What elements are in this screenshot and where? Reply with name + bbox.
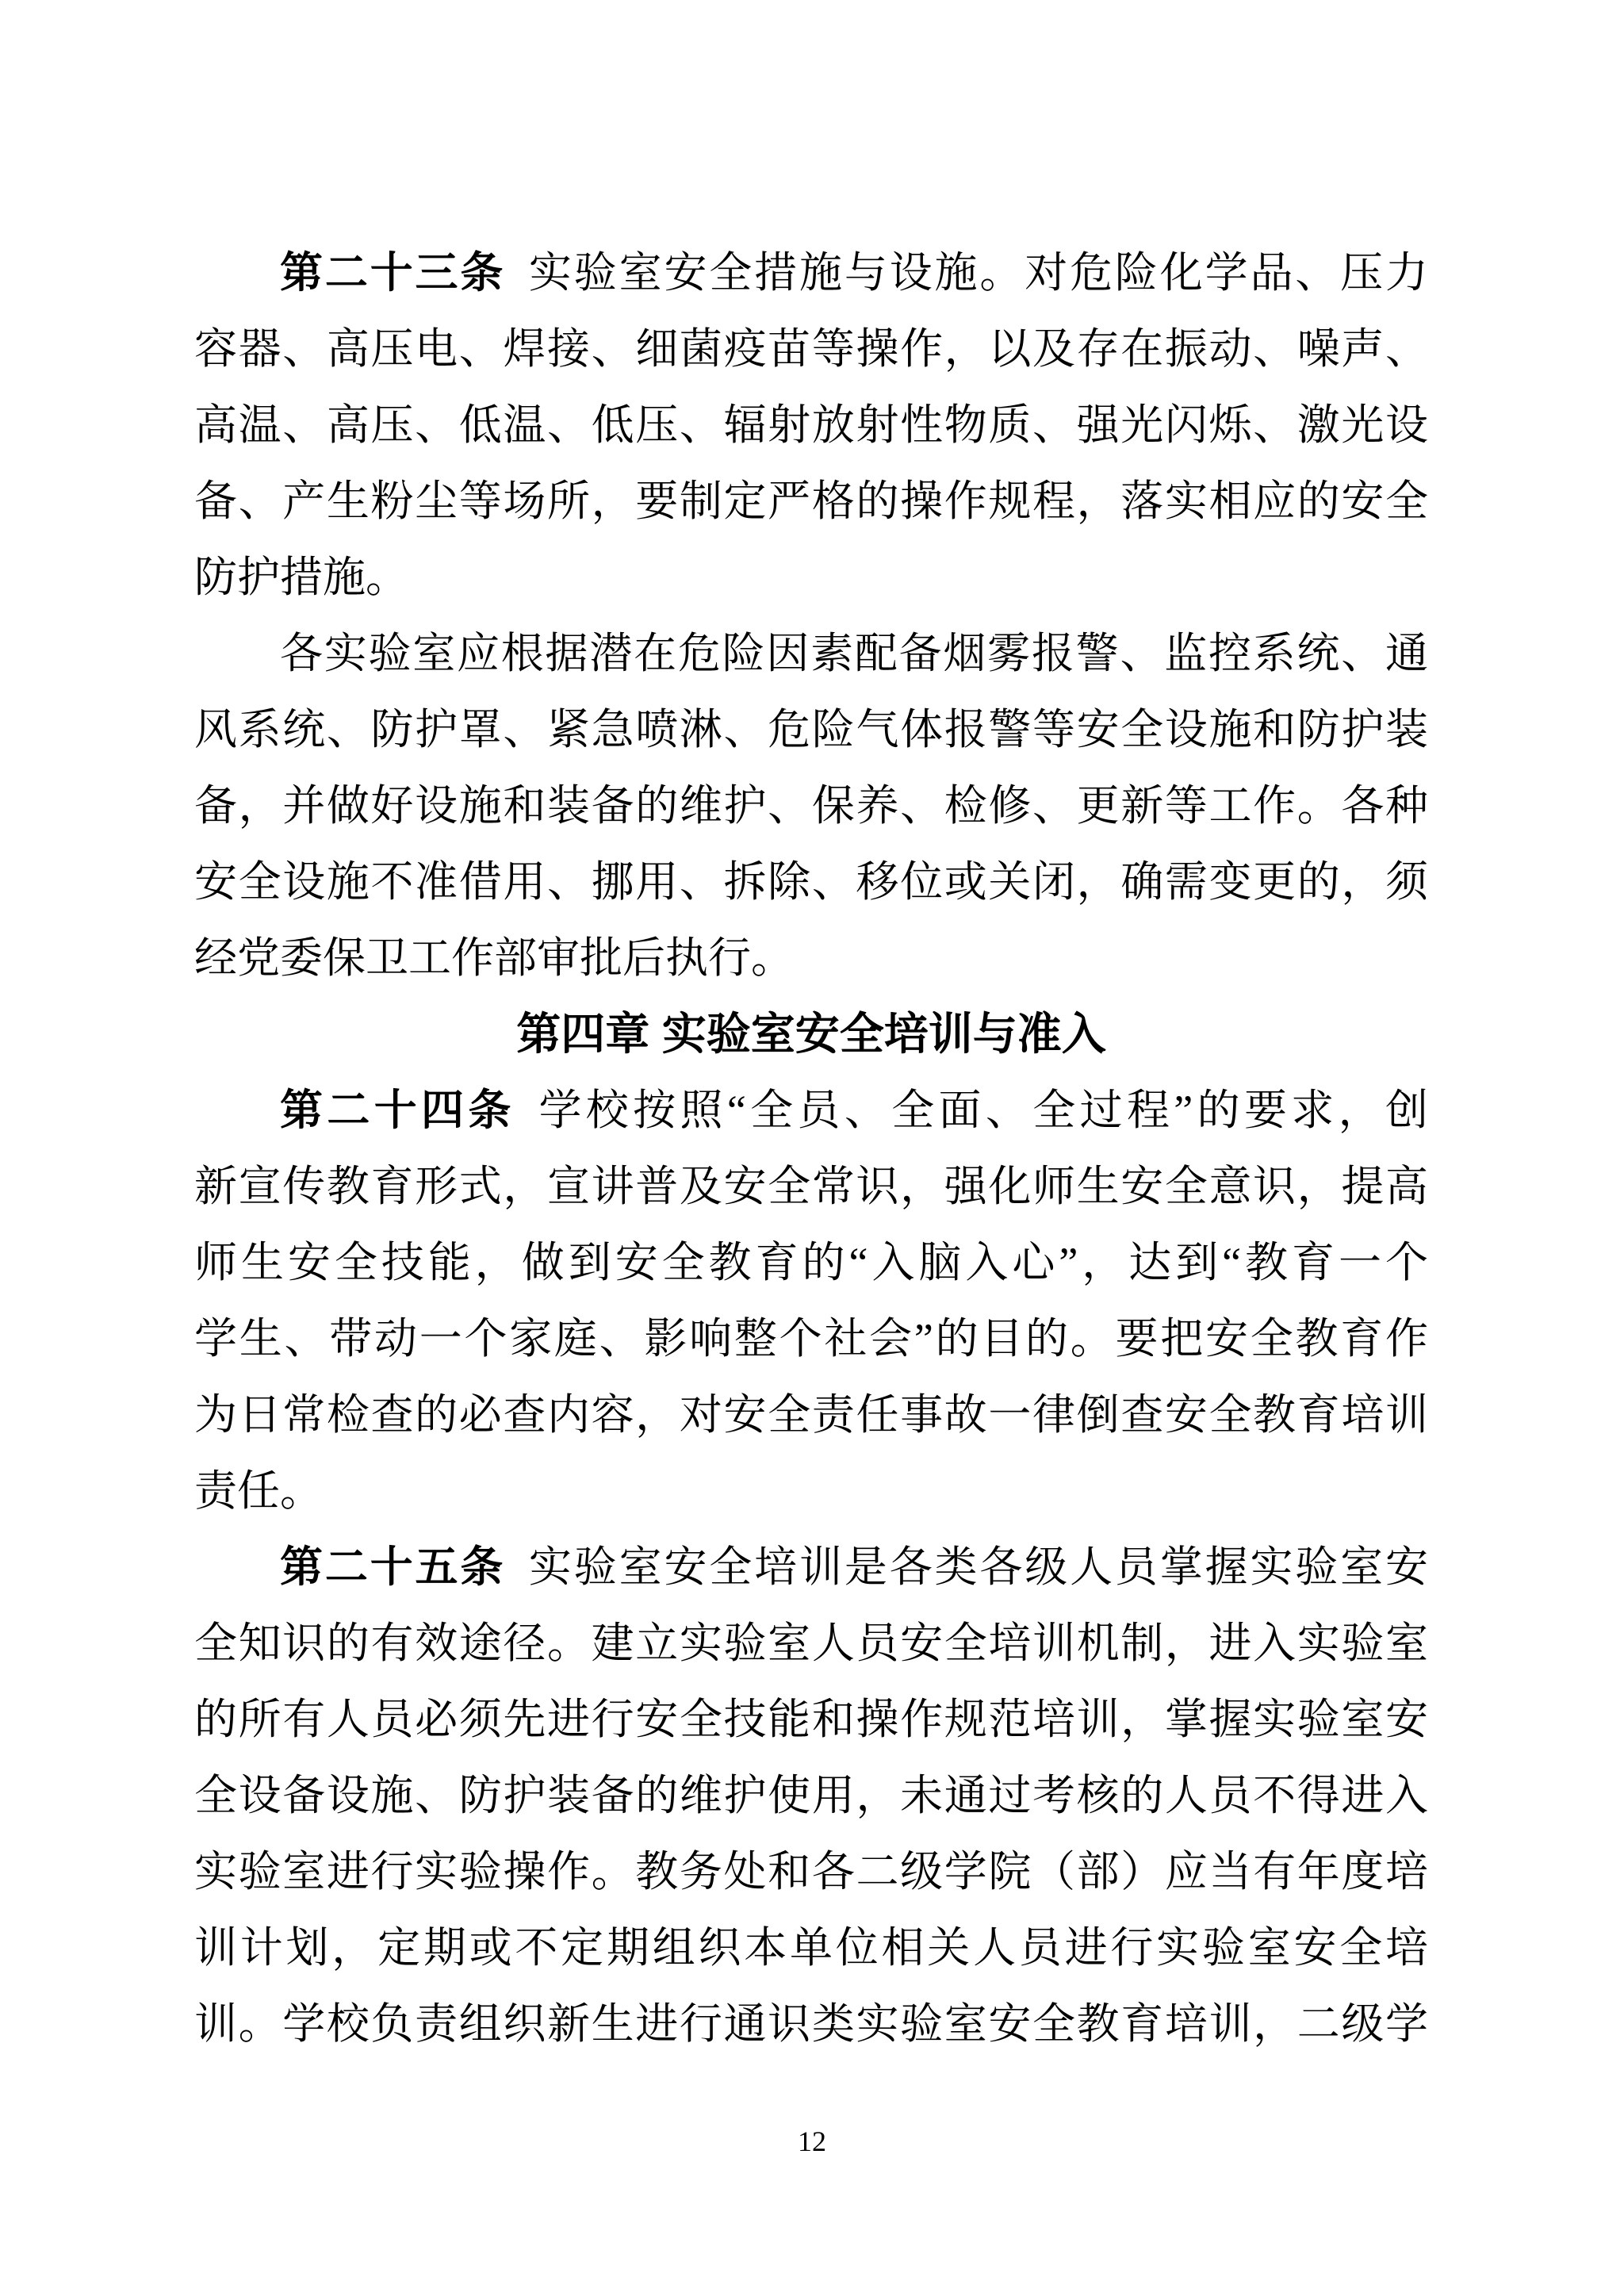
document-body: 第二十三条实验室安全措施与设施。对危险化学品、压力容器、高压电、焊接、细菌疫苗等… — [194, 235, 1428, 2062]
page-number: 12 — [0, 2122, 1624, 2160]
text-line: 各实验室应根据潜在危险因素配备烟雾报警、监控系统、通 — [194, 615, 1428, 692]
text-line: 为日常检查的必查内容，对安全责任事故一律倒查安全教育培训 — [194, 1377, 1428, 1453]
line-text: 训计划，定期或不定期组织本单位相关人员进行实验室安全培 — [194, 1924, 1428, 1972]
text-line: 高温、高压、低温、低压、辐射放射性物质、强光闪烁、激光设 — [194, 387, 1428, 463]
line-text: 新宣传教育形式，宣讲普及安全常识，强化师生安全意识，提高 — [194, 1163, 1428, 1210]
text-line: 第二十四条学校按照“全员、全面、全过程”的要求，创 — [194, 1072, 1428, 1148]
text-line: 的所有人员必须先进行安全技能和操作规范培训，掌握实验室安 — [194, 1681, 1428, 1757]
text-line: 容器、高压电、焊接、细菌疫苗等操作，以及存在振动、噪声、 — [194, 311, 1428, 387]
line-text: 师生安全技能，做到安全教育的“入脑入心”，达到“教育一个 — [194, 1239, 1428, 1286]
line-text: 为日常检查的必查内容，对安全责任事故一律倒查安全教育培训 — [194, 1391, 1428, 1439]
article-number: 第二十三条 — [280, 249, 505, 297]
text-line: 备，并做好设施和装备的维护、保养、检修、更新等工作。各种 — [194, 768, 1428, 844]
text-line: 安全设施不准借用、挪用、拆除、移位或关闭，确需变更的，须 — [194, 844, 1428, 920]
text-line: 学生、带动一个家庭、影响整个社会”的目的。要把安全教育作 — [194, 1301, 1428, 1377]
line-text: 风系统、防护罩、紧急喷淋、危险气体报警等安全设施和防护装 — [194, 706, 1428, 753]
article-number: 第二十四条 — [280, 1087, 515, 1134]
text-line: 第二十五条实验室安全培训是各类各级人员掌握实验室安 — [194, 1529, 1428, 1605]
chapter-heading: 第四章 实验室安全培训与准入 — [194, 996, 1428, 1072]
text-line: 备、产生粉尘等场所，要制定严格的操作规程，落实相应的安全 — [194, 463, 1428, 539]
text-line: 师生安全技能，做到安全教育的“入脑入心”，达到“教育一个 — [194, 1225, 1428, 1301]
line-text: 实验室安全措施与设施。对危险化学品、压力 — [529, 249, 1428, 297]
line-text: 训。学校负责组织新生进行通识类实验室安全教育培训，二级学 — [194, 2000, 1428, 2048]
line-text: 备、产生粉尘等场所，要制定严格的操作规程，落实相应的安全 — [194, 477, 1428, 525]
line-text: 高温、高压、低温、低压、辐射放射性物质、强光闪烁、激光设 — [194, 401, 1428, 449]
line-text: 容器、高压电、焊接、细菌疫苗等操作，以及存在振动、噪声、 — [194, 325, 1428, 373]
line-text: 防护措施。 — [194, 554, 408, 601]
line-text: 实验室安全培训是各类各级人员掌握实验室安 — [529, 1543, 1428, 1591]
line-text: 学生、带动一个家庭、影响整个社会”的目的。要把安全教育作 — [194, 1315, 1428, 1363]
line-text: 备，并做好设施和装备的维护、保养、检修、更新等工作。各种 — [194, 782, 1428, 830]
text-line: 新宣传教育形式，宣讲普及安全常识，强化师生安全意识，提高 — [194, 1148, 1428, 1225]
line-text: 学校按照“全员、全面、全过程”的要求，创 — [538, 1087, 1428, 1134]
text-line: 第二十三条实验室安全措施与设施。对危险化学品、压力 — [194, 235, 1428, 311]
text-line: 训计划，定期或不定期组织本单位相关人员进行实验室安全培 — [194, 1910, 1428, 1986]
line-text: 经党委保卫工作部审批后执行。 — [194, 934, 794, 982]
text-line: 全设备设施、防护装备的维护使用，未通过考核的人员不得进入 — [194, 1757, 1428, 1834]
text-line: 全知识的有效途径。建立实验室人员安全培训机制，进入实验室 — [194, 1605, 1428, 1681]
document-page: 第二十三条实验室安全措施与设施。对危险化学品、压力容器、高压电、焊接、细菌疫苗等… — [0, 0, 1624, 2296]
line-text: 责任。 — [194, 1467, 323, 1515]
line-text: 各实验室应根据潜在危险因素配备烟雾报警、监控系统、通 — [280, 630, 1428, 677]
article-number: 第二十五条 — [280, 1543, 505, 1591]
text-line: 实验室进行实验操作。教务处和各二级学院（部）应当有年度培 — [194, 1834, 1428, 1910]
line-text: 全设备设施、防护装备的维护使用，未通过考核的人员不得进入 — [194, 1772, 1428, 1819]
text-line: 风系统、防护罩、紧急喷淋、危险气体报警等安全设施和防护装 — [194, 692, 1428, 768]
line-text: 安全设施不准借用、挪用、拆除、移位或关闭，确需变更的，须 — [194, 858, 1428, 906]
text-line: 责任。 — [194, 1453, 1428, 1529]
line-text: 实验室进行实验操作。教务处和各二级学院（部）应当有年度培 — [194, 1848, 1428, 1895]
text-line: 经党委保卫工作部审批后执行。 — [194, 920, 1428, 996]
text-line: 防护措施。 — [194, 539, 1428, 615]
line-text: 全知识的有效途径。建立实验室人员安全培训机制，进入实验室 — [194, 1619, 1428, 1667]
line-text: 的所有人员必须先进行安全技能和操作规范培训，掌握实验室安 — [194, 1696, 1428, 1743]
text-line: 训。学校负责组织新生进行通识类实验室安全教育培训，二级学 — [194, 1986, 1428, 2062]
